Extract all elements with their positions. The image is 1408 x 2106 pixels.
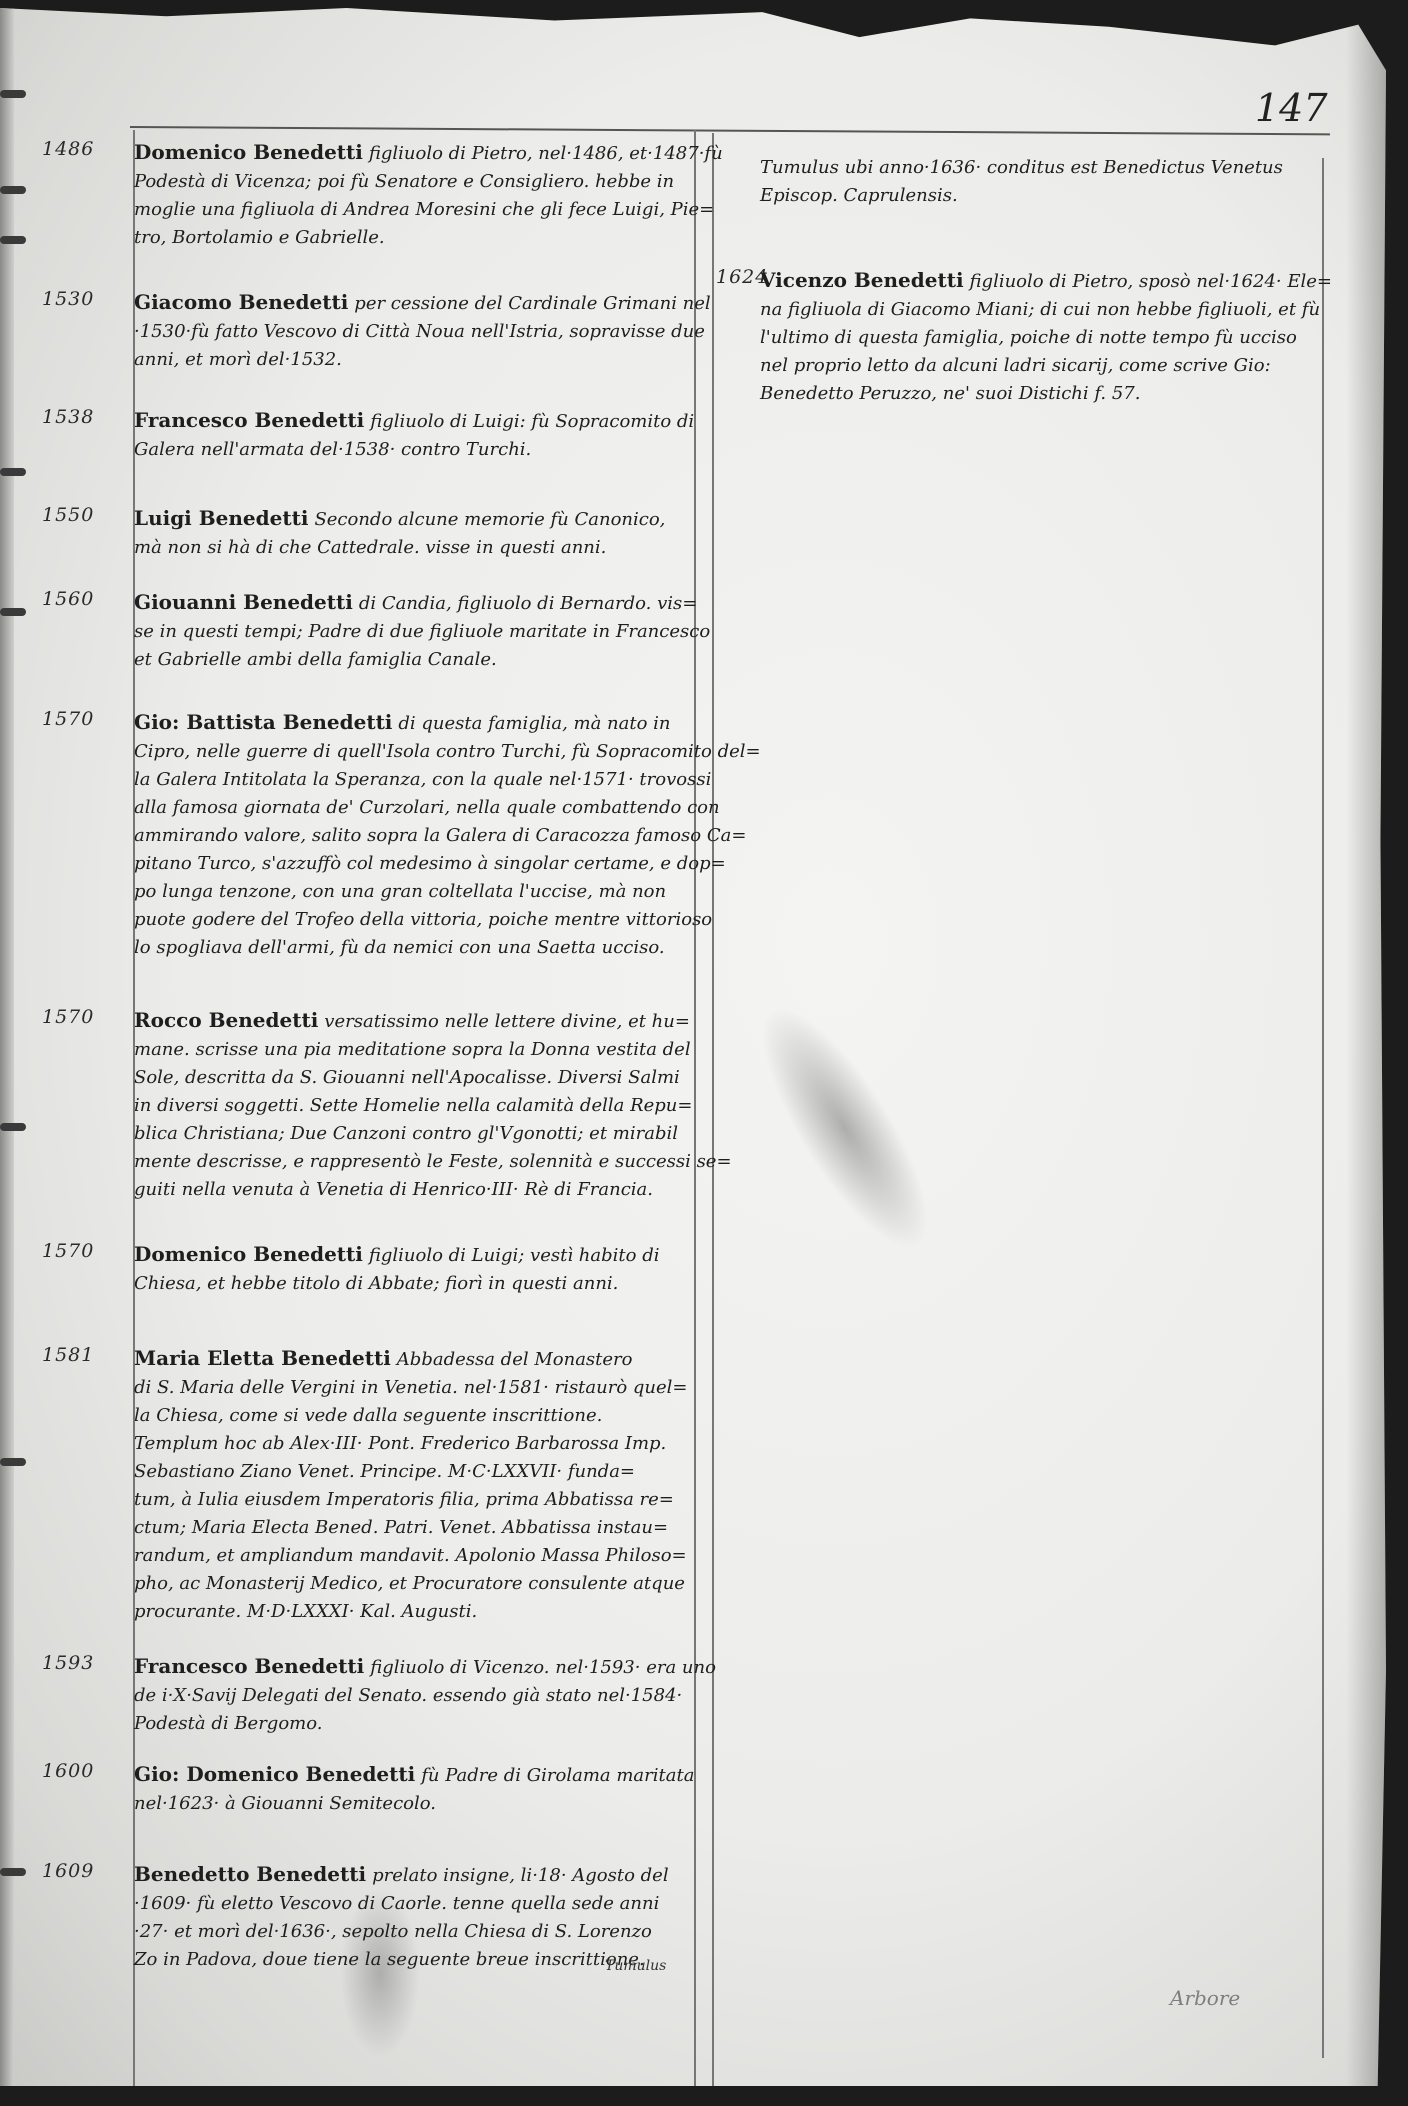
right-column-left-border xyxy=(712,133,714,2093)
entry-name: Francesco Benedetti xyxy=(134,408,364,432)
entry-name: Vicenzo Benedetti xyxy=(760,268,964,292)
entry-year: 1609 xyxy=(42,1860,130,1882)
binding-stitch xyxy=(0,1868,26,1876)
top-ruled-line xyxy=(130,126,1330,135)
binding-stitch xyxy=(0,608,26,616)
entry-body: Giacomo Benedettiper cessione del Cardin… xyxy=(134,288,694,374)
entry-body: Rocco Benedettiversatissimo nelle letter… xyxy=(134,1006,694,1204)
entry-name: Gio: Battista Benedetti xyxy=(134,710,392,734)
left-column-right-border xyxy=(694,130,696,2090)
entry-year: 1600 xyxy=(42,1760,130,1782)
entry-body: Vicenzo Benedettifigliuolo di Pietro, sp… xyxy=(760,266,1320,408)
entry-name: Benedetto Benedetti xyxy=(134,1862,366,1886)
right-column-right-border xyxy=(1322,158,1324,2058)
entry-year: 1570 xyxy=(42,1240,130,1262)
entry-name: Gio: Domenico Benedetti xyxy=(134,1762,415,1786)
entry-body: Maria Eletta BenedettiAbbadessa del Mona… xyxy=(134,1344,694,1626)
entry-year: 1538 xyxy=(42,406,130,428)
water-stain xyxy=(733,985,958,1270)
binding-stitch xyxy=(0,90,26,98)
entry-body: Giouanni Benedettidi Candia, figliuolo d… xyxy=(134,588,694,674)
entry-year: 1581 xyxy=(42,1344,130,1366)
entry-name: Domenico Benedetti xyxy=(134,1242,363,1266)
binding-stitch xyxy=(0,186,26,194)
entry-body: Gio: Domenico Benedettifù Padre di Girol… xyxy=(134,1760,694,1818)
entry-body: Domenico Benedettifigliuolo di Pietro, n… xyxy=(134,138,694,252)
entry-year: 1593 xyxy=(42,1652,130,1674)
entry-body: Francesco Benedettifigliuolo di Vicenzo.… xyxy=(134,1652,694,1738)
entry-year: 1570 xyxy=(42,1006,130,1028)
binding-stitch xyxy=(0,1458,26,1466)
entry-year: 1570 xyxy=(42,708,130,730)
entry-body: Benedetto Benedettiprelato insigne, li·1… xyxy=(134,1860,694,1974)
entry-year: 1550 xyxy=(42,504,130,526)
entry-body: Domenico Benedettifigliuolo di Luigi; ve… xyxy=(134,1240,694,1298)
page-edge-shadow xyxy=(1346,8,1386,2086)
binding-stitch xyxy=(0,1123,26,1131)
entry-name: Francesco Benedetti xyxy=(134,1654,364,1678)
folio-number: 147 xyxy=(1255,86,1328,130)
catchword: Arbore xyxy=(1170,1986,1240,2010)
continuation-cue: Tumulus xyxy=(605,1958,666,1974)
binding-stitch xyxy=(0,468,26,476)
entry-body: Tumulus ubi anno·1636· conditus est Bene… xyxy=(760,154,1320,210)
manuscript-page: 147 1486 Domenico Benedettifigliuolo di … xyxy=(0,8,1386,2086)
entry-year: 1486 xyxy=(42,138,130,160)
binding-edge xyxy=(0,8,14,2086)
entry-body: Gio: Battista Benedettidi questa famigli… xyxy=(134,708,694,962)
binding-stitch xyxy=(0,236,26,244)
entry-name: Giacomo Benedetti xyxy=(134,290,348,314)
entry-year: 1530 xyxy=(42,288,130,310)
entry-year: 1560 xyxy=(42,588,130,610)
entry-name: Domenico Benedetti xyxy=(134,140,363,164)
entry-name: Giouanni Benedetti xyxy=(134,590,353,614)
entry-body: Francesco Benedettifigliuolo di Luigi: f… xyxy=(134,406,694,464)
entry-body: Luigi BenedettiSecondo alcune memorie fù… xyxy=(134,504,694,562)
entry-name: Luigi Benedetti xyxy=(134,506,308,530)
entry-name: Rocco Benedetti xyxy=(134,1008,318,1032)
entry-name: Maria Eletta Benedetti xyxy=(134,1346,391,1370)
